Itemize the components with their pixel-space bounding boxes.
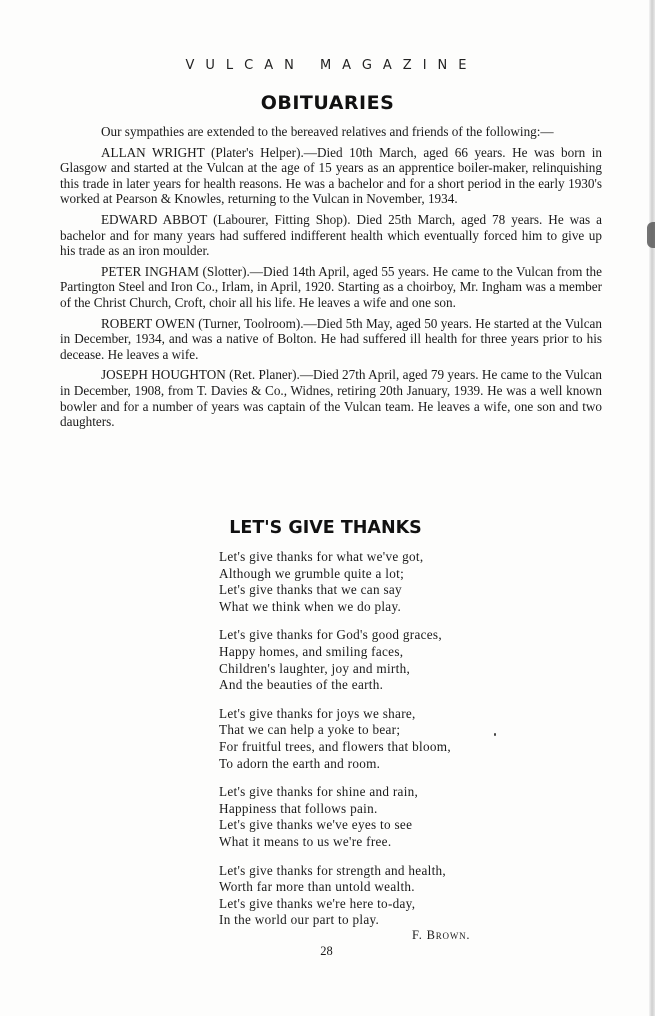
poem-line: Happy homes, and smiling faces,: [219, 644, 519, 661]
poem-stanza: Let's give thanks for God's good graces,…: [219, 627, 519, 693]
poem-line: Let's give thanks for strength and healt…: [219, 863, 519, 880]
obituary-entry: ALLAN WRIGHT (Plater's Helper).—Died 10t…: [60, 145, 602, 207]
obituary-entry: ROBERT OWEN (Turner, Toolroom).—Died 5th…: [60, 316, 602, 363]
poem-line: That we can help a yoke to bear;: [219, 722, 519, 739]
poem-line: To adorn the earth and room.: [219, 756, 519, 773]
poem-line: What it means to us we're free.: [219, 834, 519, 851]
obituary-entry: JOSEPH HOUGHTON (Ret. Planer).—Died 27th…: [60, 367, 602, 429]
poem-title: LET'S GIVE THANKS: [0, 518, 655, 538]
poem-body: Let's give thanks for what we've got,Alt…: [219, 549, 519, 941]
poem-line: Let's give thanks we've eyes to see: [219, 817, 519, 834]
obituary-entry: EDWARD ABBOT (Labourer, Fitting Shop). D…: [60, 212, 602, 259]
poem-line: Let's give thanks for shine and rain,: [219, 784, 519, 801]
poem-stanza: Let's give thanks for shine and rain,Hap…: [219, 784, 519, 850]
poem-line: Worth far more than untold wealth.: [219, 879, 519, 896]
poem-line: Happiness that follows pain.: [219, 801, 519, 818]
poem-line: Although we grumble quite a lot;: [219, 566, 519, 583]
page-number: 28: [0, 944, 655, 959]
poem-line: In the world our part to play.: [219, 912, 519, 929]
obituaries-title: OBITUARIES: [0, 92, 655, 114]
binding-mark: [647, 222, 655, 248]
poem-line: Let's give thanks we're here to-day,: [219, 896, 519, 913]
poem-stanza: Let's give thanks for what we've got,Alt…: [219, 549, 519, 615]
magazine-masthead: VULCAN MAGAZINE: [0, 58, 655, 73]
poem-line: Let's give thanks for what we've got,: [219, 549, 519, 566]
poem-stanza: Let's give thanks for strength and healt…: [219, 863, 519, 929]
poem-stanza: Let's give thanks for joys we share,That…: [219, 706, 519, 772]
poem-line: Let's give thanks for God's good graces,: [219, 627, 519, 644]
poem-line: Children's laughter, joy and mirth,: [219, 661, 519, 678]
poem-author: F. Brown.: [412, 928, 470, 943]
poem-line: What we think when we do play.: [219, 599, 519, 616]
poem-line: Let's give thanks for joys we share,: [219, 706, 519, 723]
poem-line: For fruitful trees, and flowers that blo…: [219, 739, 519, 756]
poem-line: Let's give thanks that we can say: [219, 582, 519, 599]
page-edge: [649, 0, 655, 1016]
print-speck: [494, 733, 496, 736]
poem-line: And the beauties of the earth.: [219, 677, 519, 694]
obituaries-section: Our sympathies are extended to the berea…: [60, 124, 602, 435]
obituary-entry: PETER INGHAM (Slotter).—Died 14th April,…: [60, 264, 602, 311]
obituaries-intro: Our sympathies are extended to the berea…: [60, 124, 602, 140]
